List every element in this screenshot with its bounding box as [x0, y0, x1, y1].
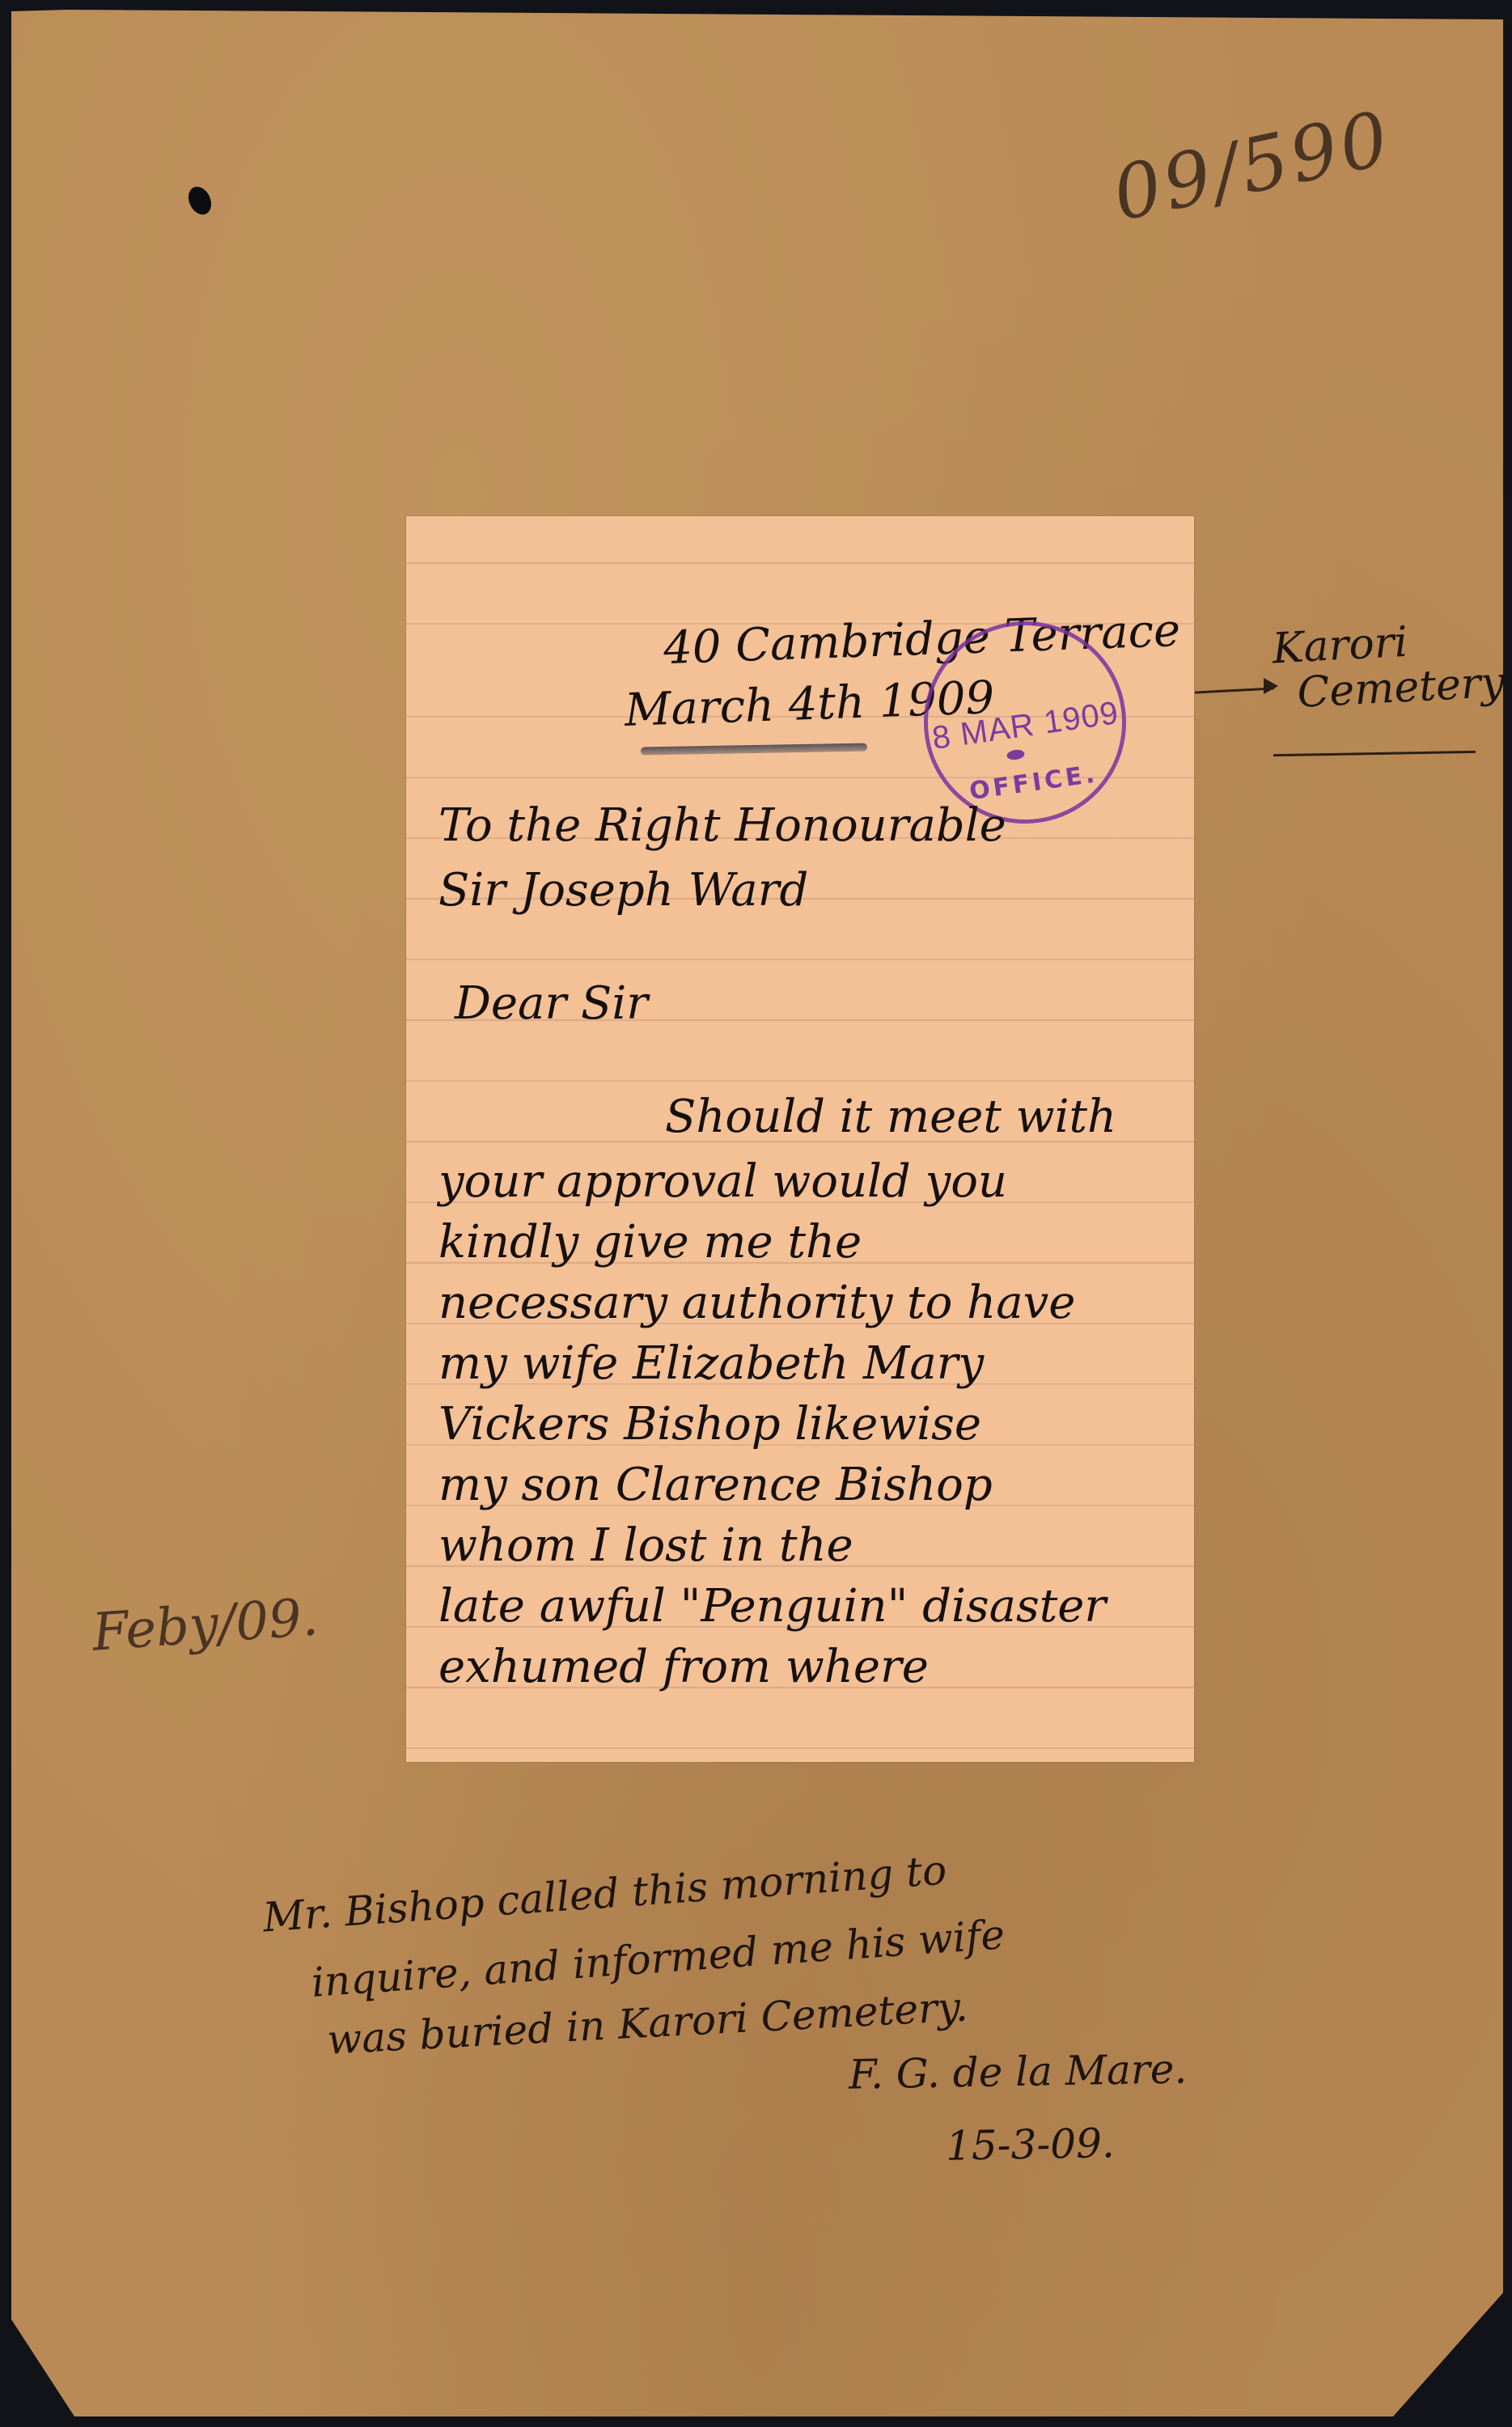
body-line: whom I lost in the: [438, 1519, 853, 1572]
letter-page: 40 Cambridge Terrace March 4th 1909 8 MA…: [406, 516, 1194, 1762]
body-line: kindly give me the: [438, 1216, 862, 1269]
received-date-note: Feby/09.: [91, 1587, 320, 1662]
clerk-note-date: 15-3-09.: [946, 2120, 1116, 2170]
arrow-line: [1195, 687, 1274, 693]
pencil-underline: [641, 743, 867, 756]
reference-number: 09/590: [1106, 95, 1399, 238]
punch-hole: [184, 183, 216, 218]
body-line: your approval would you: [438, 1155, 1007, 1208]
body-line: exhumed from where: [438, 1641, 929, 1693]
stamp-date: 8 MAR 1909: [927, 694, 1124, 757]
clerk-signature: F. G. de la Mare.: [849, 2045, 1188, 2098]
salutation-name: Sir Joseph Ward: [438, 864, 808, 917]
side-note-underline: [1273, 751, 1476, 756]
body-line: necessary authority to have: [438, 1277, 1075, 1329]
greeting: Dear Sir: [455, 977, 648, 1030]
archive-folder: 09/590 40 Cambridge Terrace March 4th 19…: [11, 10, 1503, 2416]
body-line: my son Clarence Bishop: [438, 1459, 993, 1511]
body-line: my wife Elizabeth Mary: [438, 1337, 984, 1390]
side-note: Karori Cemetery: [1271, 615, 1506, 718]
body-line: Should it meet with: [665, 1091, 1116, 1143]
body-line: Vickers Bishop likewise: [438, 1398, 981, 1451]
side-note-line2: Cemetery: [1273, 660, 1506, 718]
body-line: late awful "Penguin" disaster: [438, 1580, 1106, 1633]
salutation-title: To the Right Honourable: [438, 799, 1006, 852]
stamp-dot: [1006, 749, 1025, 761]
